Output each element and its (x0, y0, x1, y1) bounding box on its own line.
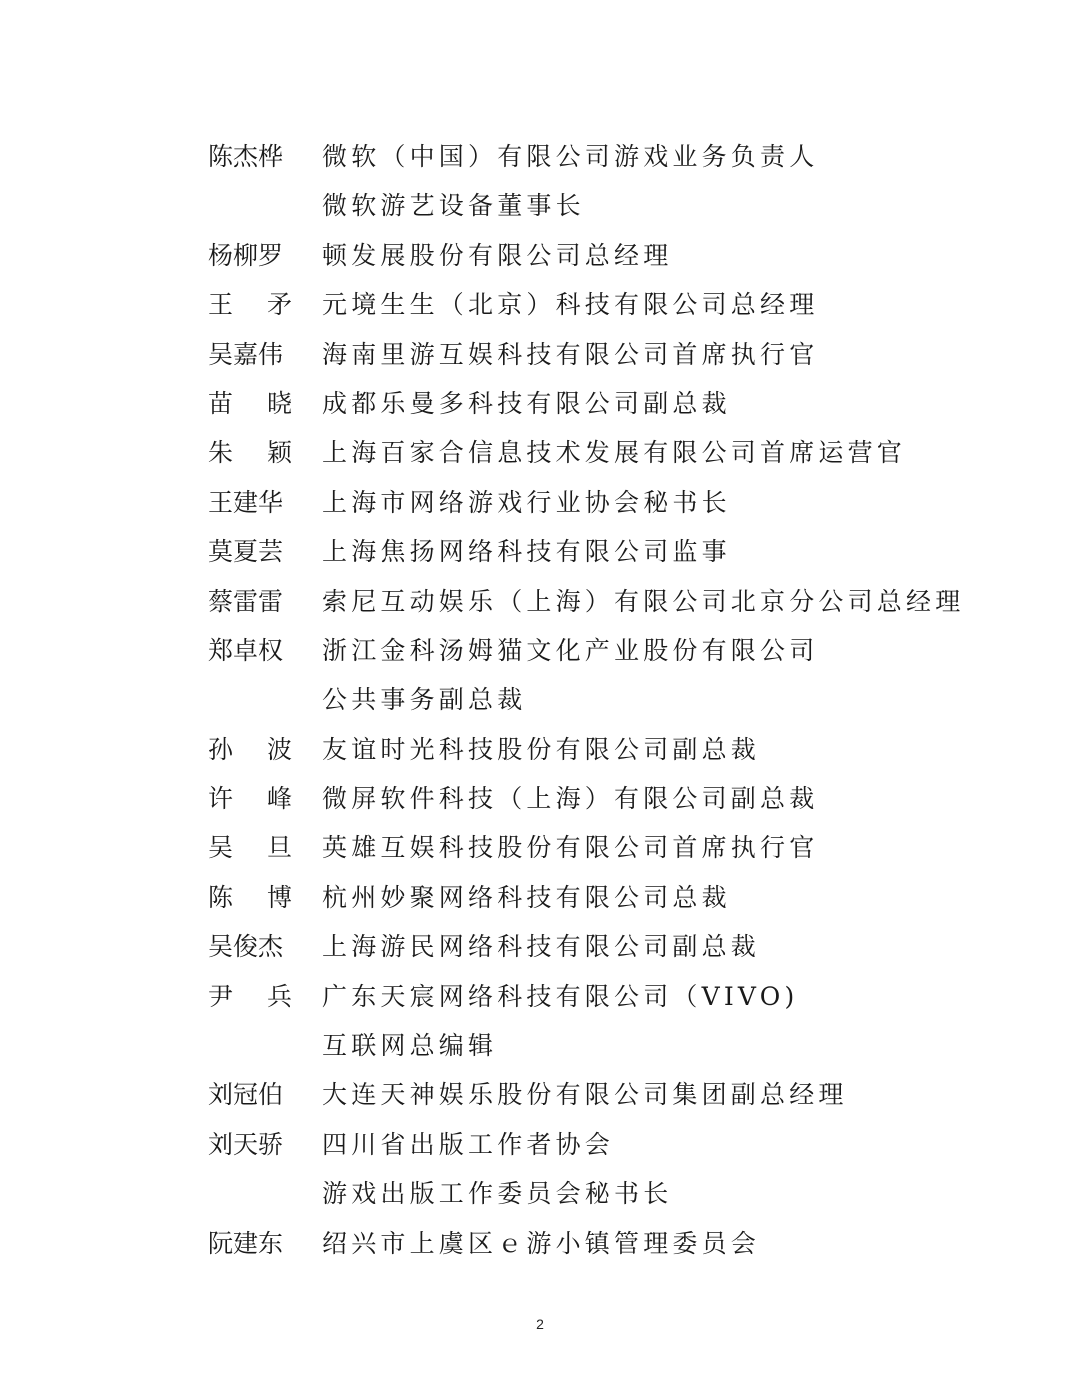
list-item: 吴俊杰上海游民网络科技有限公司副总裁 (208, 922, 968, 971)
list-item: 朱颖上海百家合信息技术发展有限公司首席运营官 (208, 428, 968, 477)
list-item: 刘冠伯大连天神娱乐股份有限公司集团副总经理 (208, 1070, 968, 1119)
person-name: 吴旦 (208, 823, 322, 872)
affiliation-text: 互联网总编辑 (322, 1021, 968, 1070)
person-name (208, 675, 322, 724)
list-item-continuation: 互联网总编辑 (208, 1021, 968, 1070)
list-item: 蔡雷雷索尼互动娱乐（上海）有限公司北京分公司总经理 (208, 577, 968, 626)
person-name: 王建华 (208, 478, 322, 527)
person-name: 刘天骄 (208, 1120, 322, 1169)
affiliation-text: 英雄互娱科技股份有限公司首席执行官 (322, 823, 968, 872)
list-item: 尹兵广东天宸网络科技有限公司（VIVO) (208, 972, 968, 1021)
list-item-continuation: 游戏出版工作委员会秘书长 (208, 1169, 968, 1218)
affiliation-text: 浙江金科汤姆猫文化产业股份有限公司 (322, 626, 968, 675)
person-name: 孙波 (208, 725, 322, 774)
affiliation-text: 杭州妙聚网络科技有限公司总裁 (322, 873, 968, 922)
person-name: 杨柳罗 (208, 231, 322, 280)
person-name: 刘冠伯 (208, 1070, 322, 1119)
list-item: 陈博杭州妙聚网络科技有限公司总裁 (208, 873, 968, 922)
person-name: 尹兵 (208, 972, 322, 1021)
list-item: 苗晓成都乐曼多科技有限公司副总裁 (208, 379, 968, 428)
person-name: 苗晓 (208, 379, 322, 428)
person-name: 王矛 (208, 280, 322, 329)
affiliation-text: 海南里游互娱科技有限公司首席执行官 (322, 330, 968, 379)
list-item-continuation: 公共事务副总裁 (208, 675, 968, 724)
list-item: 刘天骄四川省出版工作者协会 (208, 1120, 968, 1169)
person-name (208, 1021, 322, 1070)
affiliation-text: 大连天神娱乐股份有限公司集团副总经理 (322, 1070, 968, 1119)
document-page: 陈杰桦微软（中国）有限公司游戏业务负责人微软游艺设备董事长杨柳罗顿发展股份有限公… (0, 0, 1080, 1398)
affiliation-text: 上海市网络游戏行业协会秘书长 (322, 478, 968, 527)
affiliation-text: 成都乐曼多科技有限公司副总裁 (322, 379, 968, 428)
affiliation-text: 微软游艺设备董事长 (322, 181, 968, 230)
list-item: 陈杰桦微软（中国）有限公司游戏业务负责人 (208, 132, 968, 181)
page-number: 2 (0, 1316, 1080, 1332)
member-list: 陈杰桦微软（中国）有限公司游戏业务负责人微软游艺设备董事长杨柳罗顿发展股份有限公… (208, 132, 968, 1268)
person-name (208, 181, 322, 230)
affiliation-text: 微屏软件科技（上海）有限公司副总裁 (322, 774, 968, 823)
list-item: 郑卓权浙江金科汤姆猫文化产业股份有限公司 (208, 626, 968, 675)
person-name: 蔡雷雷 (208, 577, 322, 626)
list-item: 许峰微屏软件科技（上海）有限公司副总裁 (208, 774, 968, 823)
list-item: 阮建东绍兴市上虞区ｅ游小镇管理委员会 (208, 1219, 968, 1268)
person-name: 吴俊杰 (208, 922, 322, 971)
list-item: 王建华上海市网络游戏行业协会秘书长 (208, 478, 968, 527)
list-item: 吴旦英雄互娱科技股份有限公司首席执行官 (208, 823, 968, 872)
affiliation-text: 元境生生（北京）科技有限公司总经理 (322, 280, 968, 329)
person-name: 阮建东 (208, 1219, 322, 1268)
list-item: 吴嘉伟海南里游互娱科技有限公司首席执行官 (208, 330, 968, 379)
affiliation-text: 上海焦扬网络科技有限公司监事 (322, 527, 968, 576)
affiliation-text: 友谊时光科技股份有限公司副总裁 (322, 725, 968, 774)
affiliation-text: 微软（中国）有限公司游戏业务负责人 (322, 132, 968, 181)
person-name: 朱颖 (208, 428, 322, 477)
list-item: 莫夏芸上海焦扬网络科技有限公司监事 (208, 527, 968, 576)
list-item: 杨柳罗顿发展股份有限公司总经理 (208, 231, 968, 280)
affiliation-text: 顿发展股份有限公司总经理 (322, 231, 968, 280)
affiliation-text: 上海百家合信息技术发展有限公司首席运营官 (322, 428, 968, 477)
affiliation-text: 索尼互动娱乐（上海）有限公司北京分公司总经理 (322, 577, 968, 626)
affiliation-text: 游戏出版工作委员会秘书长 (322, 1169, 968, 1218)
person-name: 吴嘉伟 (208, 330, 322, 379)
person-name: 莫夏芸 (208, 527, 322, 576)
person-name: 陈杰桦 (208, 132, 322, 181)
person-name: 郑卓权 (208, 626, 322, 675)
person-name (208, 1169, 322, 1218)
affiliation-text: 广东天宸网络科技有限公司（VIVO) (322, 972, 968, 1021)
list-item: 王矛元境生生（北京）科技有限公司总经理 (208, 280, 968, 329)
person-name: 陈博 (208, 873, 322, 922)
affiliation-text: 四川省出版工作者协会 (322, 1120, 968, 1169)
affiliation-text: 上海游民网络科技有限公司副总裁 (322, 922, 968, 971)
list-item-continuation: 微软游艺设备董事长 (208, 181, 968, 230)
affiliation-text: 绍兴市上虞区ｅ游小镇管理委员会 (322, 1219, 968, 1268)
person-name: 许峰 (208, 774, 322, 823)
list-item: 孙波友谊时光科技股份有限公司副总裁 (208, 725, 968, 774)
affiliation-text: 公共事务副总裁 (322, 675, 968, 724)
